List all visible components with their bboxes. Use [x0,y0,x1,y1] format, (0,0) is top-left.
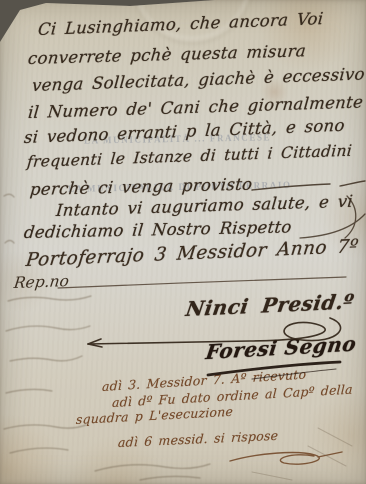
letter-line: converrete pchè questa misura [27,43,307,67]
dateline-republic: Rep.no [13,272,70,292]
dateline: Portoferrajo 3 Messidor Anno 7º [25,236,360,271]
annotation-flourish [230,452,342,464]
annotation-line: squadra p L'esecuzione [76,406,234,427]
signature-secretary: Foresi Segno [204,331,358,364]
letter-line: venga Sollecitata, giachè è eccessivo [31,66,365,94]
letter-line: dedichiamo il Nostro Rispetto [23,219,292,241]
dateline-rule [58,277,346,288]
photo-background: LA MUNICIPALITÀ ... FRANCESE LA MUNICIPA… [0,0,366,484]
manuscript-page: LA MUNICIPALITÀ ... FRANCESE LA MUNICIPA… [0,0,366,484]
letter-line: frequenti le Istanze di tutti i Cittadin… [26,144,352,171]
annotation-line: adì 6 messid. si rispose [118,430,279,450]
letter-line: Intanto vi auguriamo salute, e vi [55,194,353,220]
signature-president: Ninci Presid.º [184,289,356,321]
